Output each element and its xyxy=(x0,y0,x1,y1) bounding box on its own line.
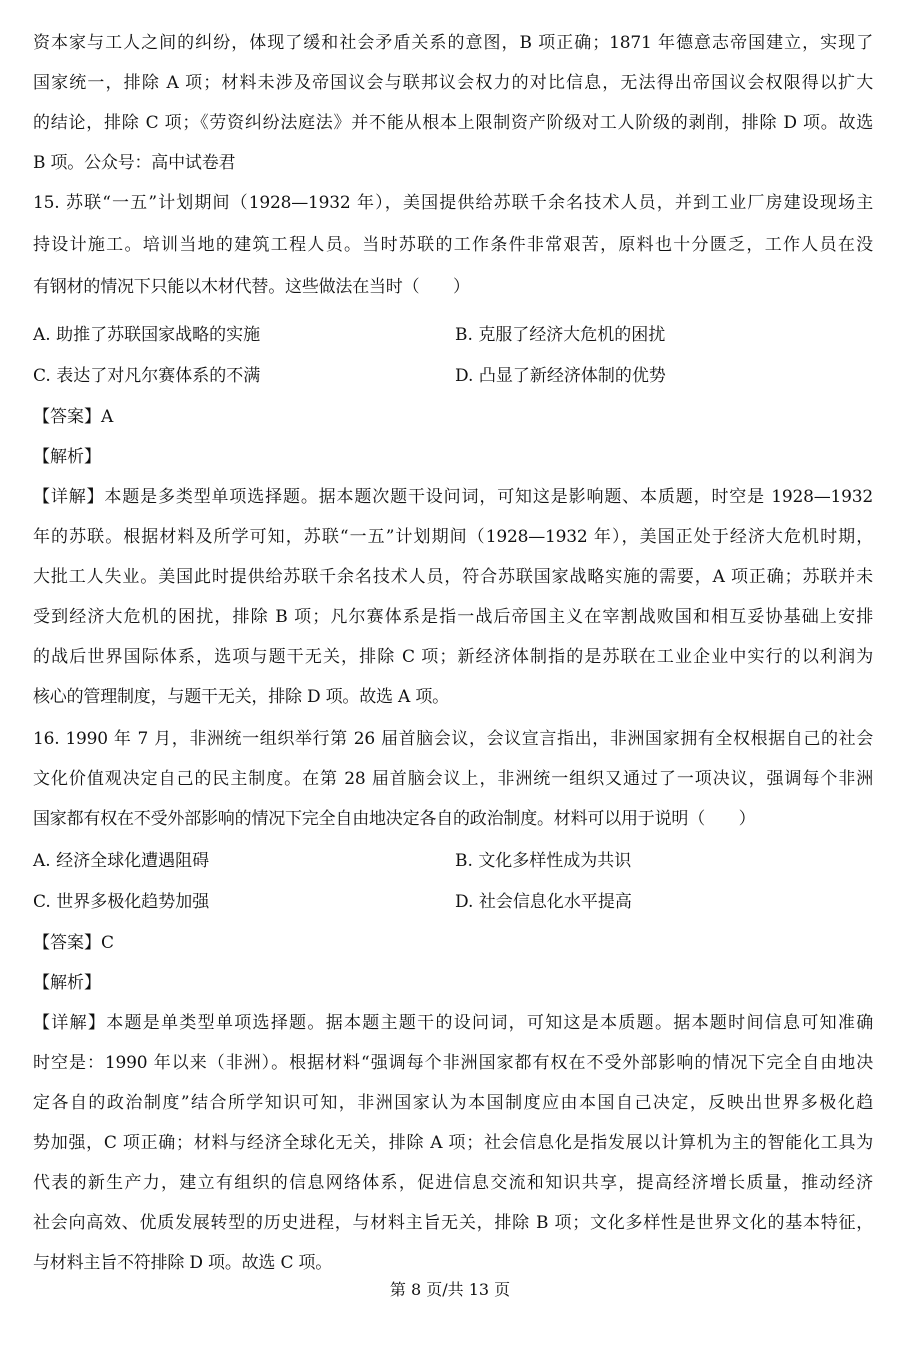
option-label: A. xyxy=(33,325,51,345)
detail-label: 【详解】 xyxy=(33,487,104,507)
detail-line: 势加强，C 项正确；材料与经济全球化无关，排除 A 项；社会信息化是指发展以计算… xyxy=(33,1130,873,1156)
detail-line: 【详解】本题是多类型单项选择题。据本题次题干设问词，可知这是影响题、本质题，时空… xyxy=(33,484,873,510)
detail-line: 与材料主旨不符排除 D 项。故选 C 项。 xyxy=(33,1250,873,1276)
continuation-line: 的结论，排除 C 项；《劳资纠纷法庭法》并不能从根本上限制资产阶级对工人阶级的剥… xyxy=(33,110,873,136)
answer-line: 【答案】C xyxy=(33,930,114,956)
detail-line: 大批工人失业。美国此时提供给苏联千余名技术人员，符合苏联国家战略实施的需要，A … xyxy=(33,564,873,590)
answer-label: 【答案】 xyxy=(33,933,101,953)
option-c: C. 表达了对凡尔赛体系的不满 xyxy=(33,363,260,389)
question-stem-line: 国家都有权在不受外部影响的情况下完全自由地决定各自的政治制度。材料可以用于说明（… xyxy=(33,806,873,832)
option-text: 社会信息化水平提高 xyxy=(479,892,632,912)
option-text: 凸显了新经济体制的优势 xyxy=(479,366,666,386)
option-text: 表达了对凡尔赛体系的不满 xyxy=(56,366,260,386)
question-stem-line: 16. 1990 年 7 月，非洲统一组织举行第 26 届首脑会议，会议宣言指出… xyxy=(33,726,873,752)
option-label: C. xyxy=(33,892,51,912)
option-d: D. 社会信息化水平提高 xyxy=(455,889,632,915)
question-stem-line: 文化价值观决定自己的民主制度。在第 28 届首脑会议上，非洲统一组织又通过了一项… xyxy=(33,766,873,792)
detail-line: 代表的新生产力，建立有组织的信息网络体系，促进信息交流和知识共享，提高经济增长质… xyxy=(33,1170,873,1196)
detail-line: 年的苏联。根据材料及所学可知，苏联“一五”计划期间（1928—1932 年），美… xyxy=(33,524,873,550)
option-label: B. xyxy=(455,325,473,345)
option-label: C. xyxy=(33,366,51,386)
option-b: B. 克服了经济大危机的困扰 xyxy=(455,322,665,348)
option-a: A. 经济全球化遭遇阻碍 xyxy=(33,848,209,874)
continuation-line: 资本家与工人之间的纠纷，体现了缓和社会矛盾关系的意图，B 项正确；1871 年德… xyxy=(33,30,873,56)
detail-line: 时空是：1990 年以来（非洲）。根据材料“强调每个非洲国家都有权在不受外部影响… xyxy=(33,1050,873,1076)
option-text: 文化多样性成为共识 xyxy=(478,851,631,871)
option-text: 世界多极化趋势加强 xyxy=(56,892,209,912)
option-a: A. 助推了苏联国家战略的实施 xyxy=(33,322,260,348)
question-stem-line: 15. 苏联“一五”计划期间（1928—1932 年），美国提供给苏联千余名技术… xyxy=(33,190,873,216)
detail-line: 【详解】本题是单类型单项选择题。据本题主题干的设问词，可知这是本质题。据本题时间… xyxy=(33,1010,873,1036)
detail-line: 定各自的政治制度”结合所学知识可知，非洲国家认为本国制度应由本国自己决定，反映出… xyxy=(33,1090,873,1116)
question-stem-line: 持设计施工。培训当地的建筑工程人员。当时苏联的工作条件非常艰苦，原料也十分匮乏，… xyxy=(33,232,873,258)
detail-label: 【详解】 xyxy=(33,1013,106,1033)
option-text: 助推了苏联国家战略的实施 xyxy=(56,325,260,345)
answer-label: 【答案】 xyxy=(33,407,101,427)
continuation-line: B 项。公众号：高中试卷君 xyxy=(33,150,873,176)
analysis-label: 【解析】 xyxy=(33,444,101,470)
detail-line: 社会向高效、优质发展转型的历史进程，与材料主旨无关，排除 B 项；文化多样性是世… xyxy=(33,1210,873,1236)
option-label: D. xyxy=(455,366,473,386)
option-c: C. 世界多极化趋势加强 xyxy=(33,889,209,915)
option-label: D. xyxy=(455,892,473,912)
answer-line: 【答案】A xyxy=(33,404,113,430)
option-b: B. 文化多样性成为共识 xyxy=(455,848,631,874)
option-d: D. 凸显了新经济体制的优势 xyxy=(455,363,666,389)
analysis-label: 【解析】 xyxy=(33,970,101,996)
option-label: A. xyxy=(33,851,51,871)
answer-value: C xyxy=(101,933,114,953)
option-label: B. xyxy=(455,851,473,871)
option-text: 克服了经济大危机的困扰 xyxy=(478,325,665,345)
detail-line: 受到经济大危机的困扰，排除 B 项；凡尔赛体系是指一战后帝国主义在宰割战败国和相… xyxy=(33,604,873,630)
detail-line: 核心的管理制度，与题干无关，排除 D 项。故选 A 项。 xyxy=(33,684,873,710)
detail-line: 的战后世界国际体系，选项与题干无关，排除 C 项；新经济体制指的是苏联在工业企业… xyxy=(33,644,873,670)
option-text: 经济全球化遭遇阻碍 xyxy=(56,851,209,871)
answer-value: A xyxy=(101,407,113,427)
question-stem-line: 有钢材的情况下只能以木材代替。这些做法在当时（ ） xyxy=(33,274,873,300)
page-footer: 第 8 页/共 13 页 xyxy=(0,1278,900,1302)
continuation-line: 国家统一，排除 A 项；材料未涉及帝国议会与联邦议会权力的对比信息，无法得出帝国… xyxy=(33,70,873,96)
